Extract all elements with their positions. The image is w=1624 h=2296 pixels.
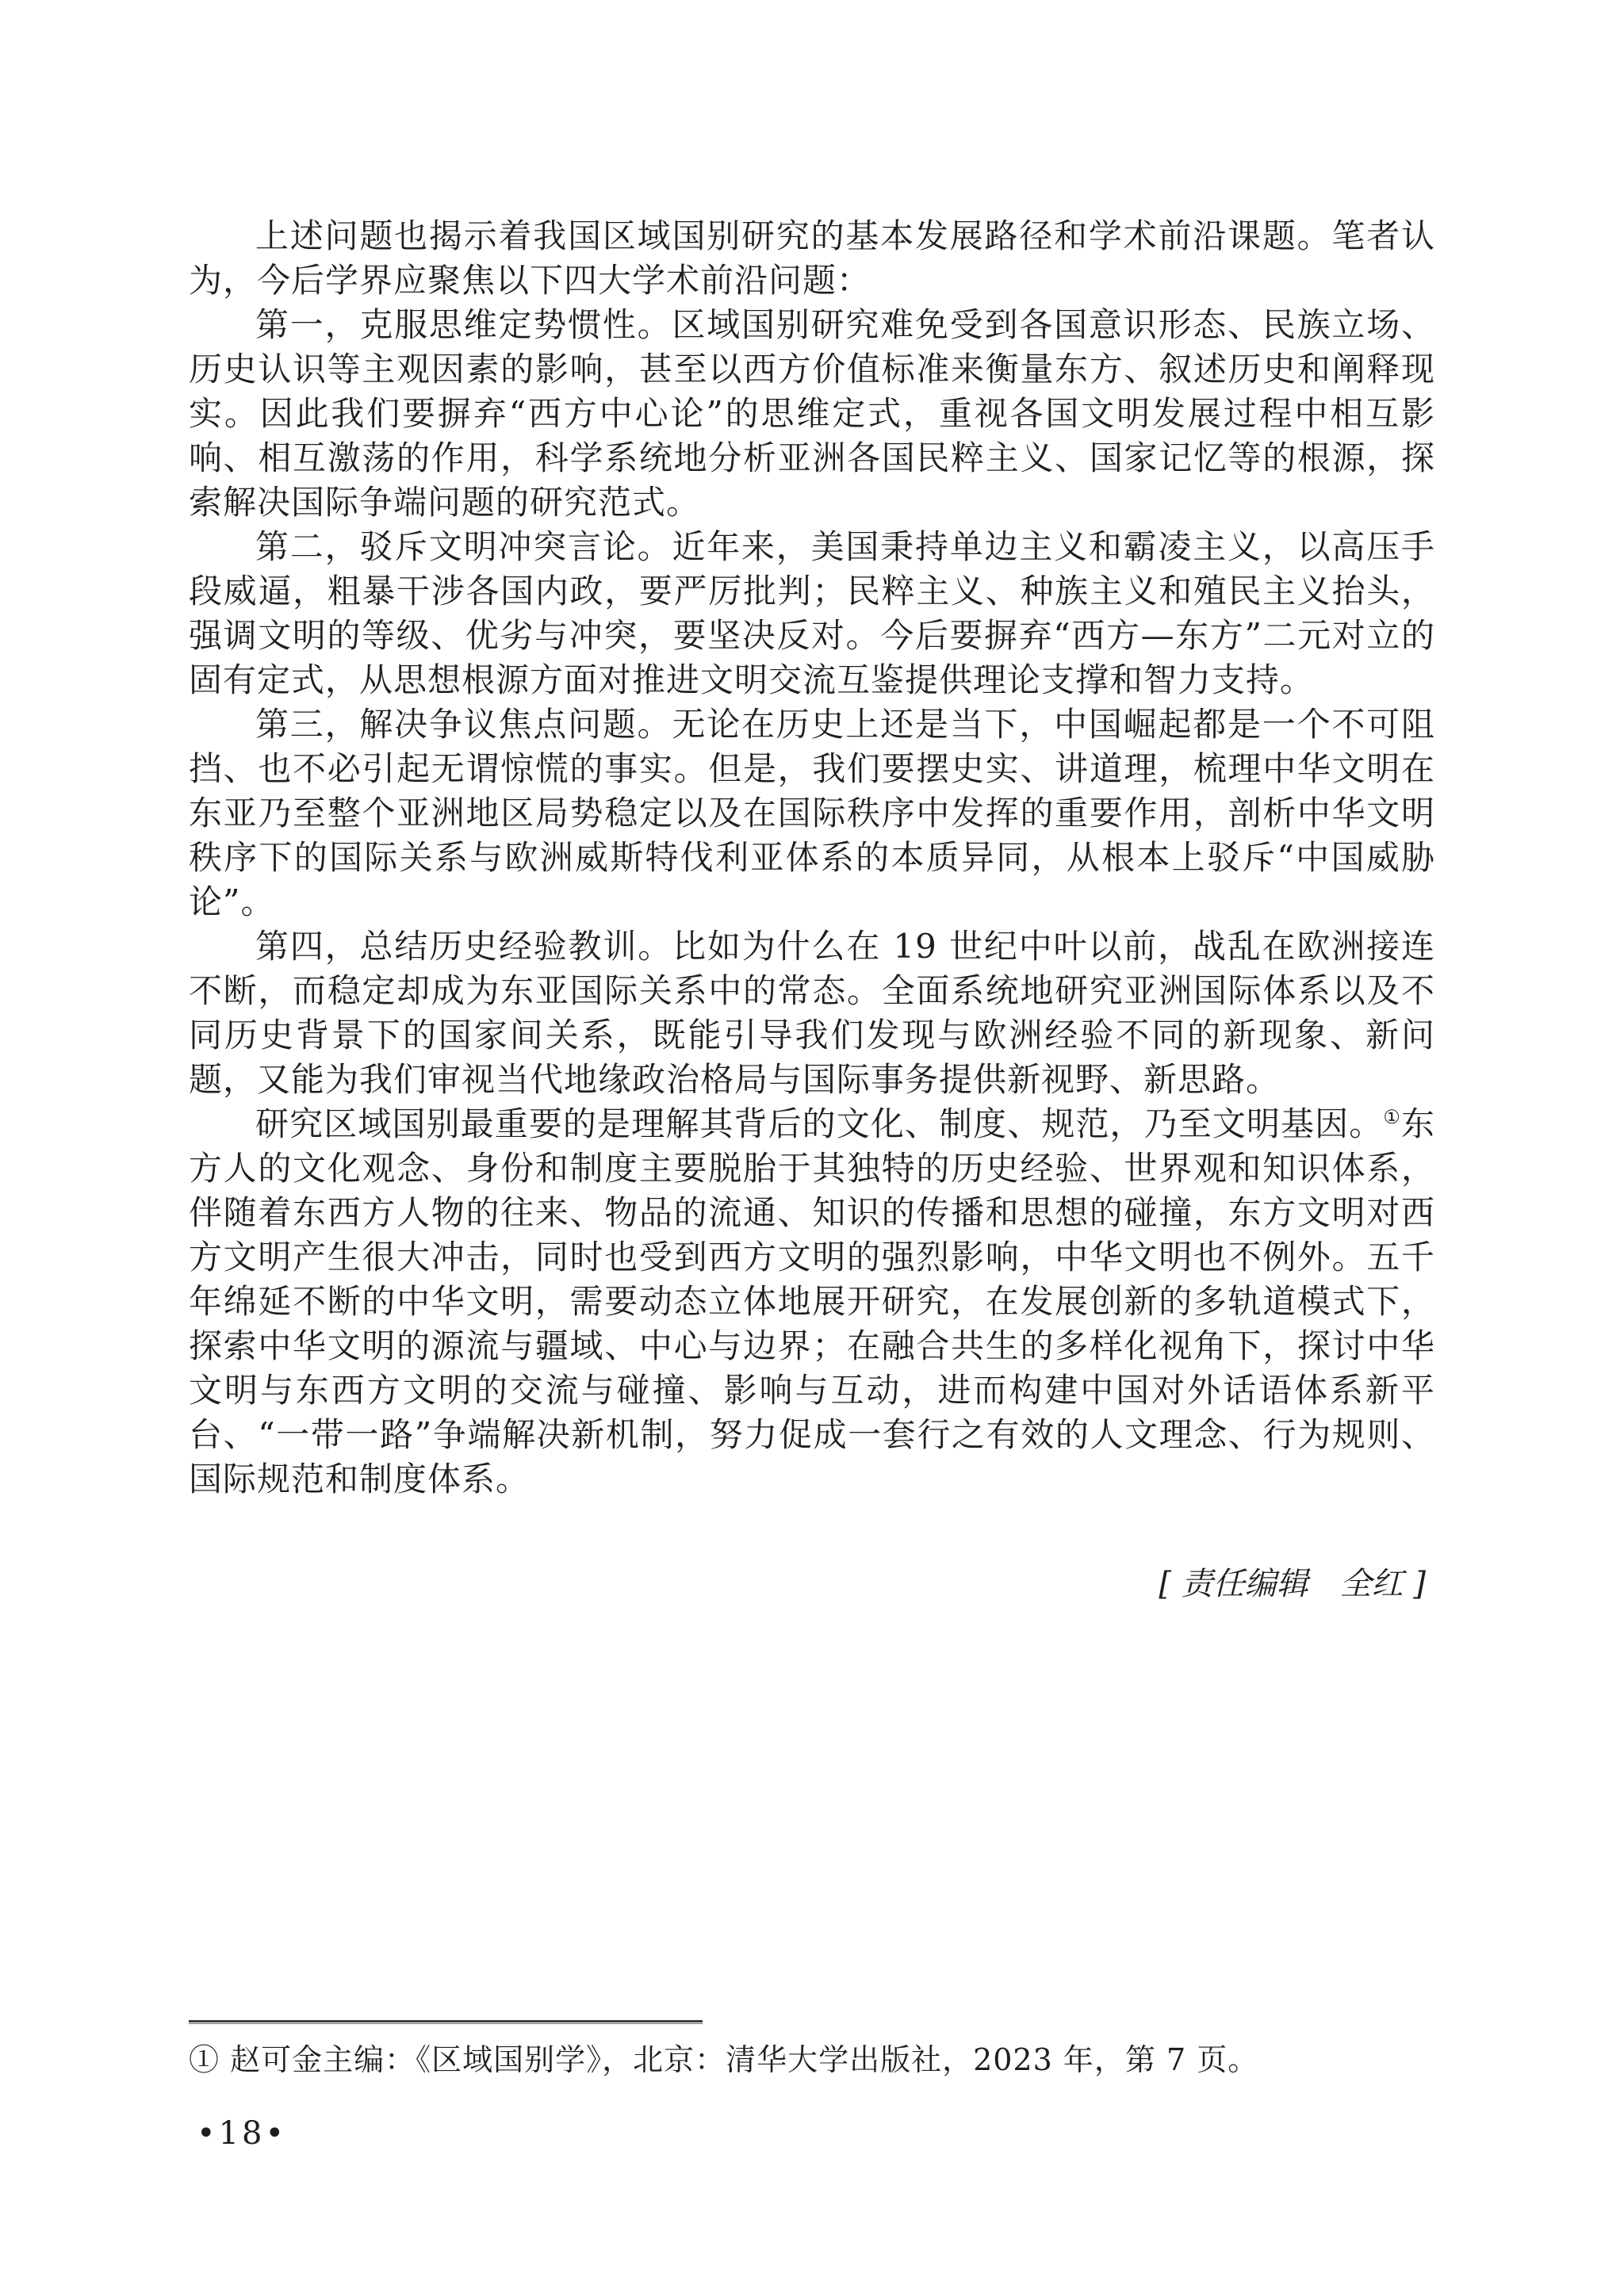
paragraph-point-2: 第二，驳斥文明冲突言论。近年来，美国秉持单边主义和霸凌主义，以高压手段威逼，粗暴… [189,525,1435,702]
paragraph-conclusion-before-marker: 研究区域国别最重要的是理解其背后的文化、制度、规范，乃至文明基因。 [255,1104,1383,1143]
paragraph-point-4: 第四，总结历史经验教训。比如为什么在 19 世纪中叶以前，战乱在欧洲接连不断，而… [189,924,1435,1102]
footnote-marker-superscript: ① [1383,1106,1401,1128]
footnote-text: ① 赵可金主编：《区域国别学》，北京：清华大学出版社，2023 年，第 7 页。 [189,2040,1435,2080]
page-number: •18• [197,2115,287,2152]
footnote-area: ① 赵可金主编：《区域国别学》，北京：清华大学出版社，2023 年，第 7 页。 [189,2020,1435,2080]
body-text-block: 上述问题也揭示着我国区域国别研究的基本发展路径和学术前沿课题。笔者认为，今后学界… [189,214,1435,1605]
paragraph-intro: 上述问题也揭示着我国区域国别研究的基本发展路径和学术前沿课题。笔者认为，今后学界… [189,214,1435,303]
paragraph-conclusion-after-marker: 东方人的文化观念、身份和制度主要脱胎于其独特的历史经验、世界观和知识体系，伴随着… [189,1104,1435,1498]
footnote-separator-rule [189,2020,703,2024]
paragraph-conclusion: 研究区域国别最重要的是理解其背后的文化、制度、规范，乃至文明基因。①东方人的文化… [189,1102,1435,1502]
document-page: 上述问题也揭示着我国区域国别研究的基本发展路径和学术前沿课题。笔者认为，今后学界… [0,0,1624,2296]
paragraph-point-1: 第一，克服思维定势惯性。区域国别研究难免受到各国意识形态、民族立场、历史认识等主… [189,303,1435,525]
responsible-editor-note: [ 责任编辑 全红 ] [189,1563,1435,1605]
paragraph-point-3: 第三，解决争议焦点问题。无论在历史上还是当下，中国崛起都是一个不可阻挡、也不必引… [189,702,1435,924]
